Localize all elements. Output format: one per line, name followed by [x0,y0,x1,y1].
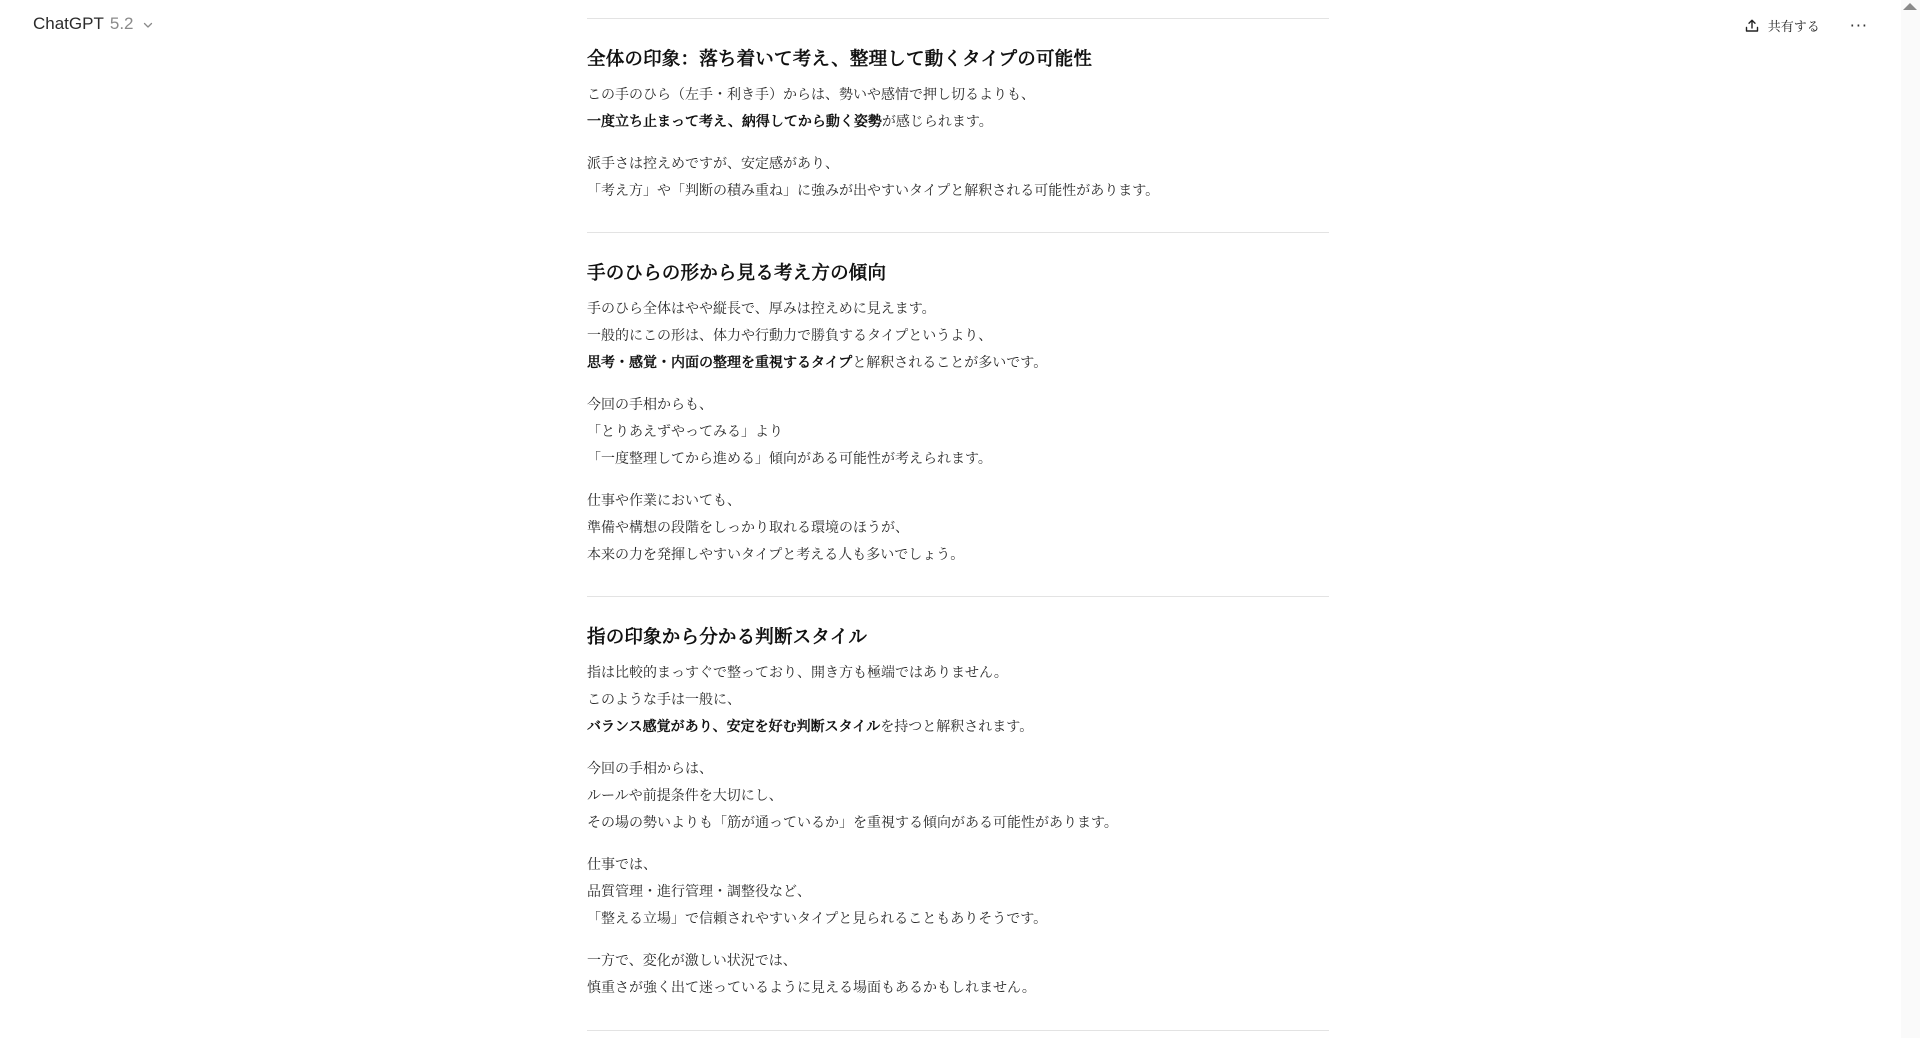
header-actions: 共有する ··· [1738,12,1874,39]
emphasis: 一度立ち止まって考え、納得してから動く姿勢 [587,114,882,130]
paragraph: この手のひら（左手・利き手）からは、勢いや感情で押し切るよりも、 一度立ち止まっ… [587,82,1329,136]
text-line: バランス感覚があり、安定を好む判断スタイルを持つと解釈されます。 [587,714,1329,741]
section-overall-impression: 全体の印象：落ち着いて考え、整理して動くタイプの可能性 この手のひら（左手・利き… [587,47,1329,220]
text-line: このような手は一般に、 [587,687,1329,714]
share-icon [1744,18,1760,34]
model-name: ChatGPT [33,14,104,34]
text-line: 今回の手相からも、 [587,392,1329,419]
text-line: 「整える立場」で信頼されやすいタイプと見られることもありそうです。 [587,906,1329,933]
text-line: 準備や構想の段階をしっかり取れる環境のほうが、 [587,515,1329,542]
paragraph: 派手さは控えめですが、安定感があり、 「考え方」や「判断の積み重ね」に強みが出や… [587,151,1329,205]
text-line: 一度立ち止まって考え、納得してから動く姿勢が感じられます。 [587,109,1329,136]
paragraph: 今回の手相からは、 ルールや前提条件を大切にし、 その場の勢いよりも「筋が通って… [587,756,1329,837]
emphasis: バランス感覚があり、安定を好む判断スタイル [587,719,880,735]
text-line: 仕事や作業においても、 [587,488,1329,515]
more-horizontal-icon: ··· [1850,16,1868,35]
divider [587,1030,1329,1031]
text-line: この手のひら（左手・利き手）からは、勢いや感情で押し切るよりも、 [587,82,1329,109]
paragraph: 今回の手相からも、 「とりあえずやってみる」より 「一度整理してから進める」傾向… [587,392,1329,473]
text-line: 本来の力を発揮しやすいタイプと考える人も多いでしょう。 [587,542,1329,569]
paragraph: 一方で、変化が激しい状況では、 慎重さが強く出て迷っているように見える場面もある… [587,948,1329,1002]
paragraph: 仕事や作業においても、 準備や構想の段階をしっかり取れる環境のほうが、 本来の力… [587,488,1329,569]
section-heading: 全体の印象：落ち着いて考え、整理して動くタイプの可能性 [587,47,1329,73]
text-line: 「とりあえずやってみる」より [587,419,1329,446]
section-heading: 指の印象から分かる判断スタイル [587,625,1329,651]
text-line: その場の勢いよりも「筋が通っているか」を重視する傾向がある可能性があります。 [587,810,1329,837]
text-line: 慎重さが強く出て迷っているように見える場面もあるかもしれません。 [587,975,1329,1002]
section-palm-shape: 手のひらの形から見る考え方の傾向 手のひら全体はやや縦長で、厚みは控えめに見えま… [587,261,1329,584]
more-options-button[interactable]: ··· [1844,16,1874,36]
chatgpt-window: ChatGPT 5.2 共有する ··· 全体の印象：落ち着いて考え、整理して動… [0,0,1920,1038]
paragraph: 仕事では、 品質管理・進行管理・調整役など、 「整える立場」で信頼されやすいタイ… [587,852,1329,933]
section-heading: 手のひらの形から見る考え方の傾向 [587,261,1329,287]
divider [587,596,1329,597]
text-line: 指は比較的まっすぐで整っており、開き方も極端ではありません。 [587,660,1329,687]
text-line: 今回の手相からは、 [587,756,1329,783]
model-version: 5.2 [110,14,134,34]
share-label: 共有する [1768,16,1820,35]
model-switcher[interactable]: ChatGPT 5.2 [33,14,154,34]
text-line: 仕事では、 [587,852,1329,879]
section-finger-impression: 指の印象から分かる判断スタイル 指は比較的まっすぐで整っており、開き方も極端では… [587,625,1329,1017]
paragraph: 手のひら全体はやや縦長で、厚みは控えめに見えます。 一般的にこの形は、体力や行動… [587,296,1329,377]
divider [587,232,1329,233]
text-line: ルールや前提条件を大切にし、 [587,783,1329,810]
scrollbar[interactable] [1901,0,1920,1038]
share-button[interactable]: 共有する [1738,12,1826,39]
emphasis: 思考・感覚・内面の整理を重視するタイプ [587,355,852,371]
paragraph: 指は比較的まっすぐで整っており、開き方も極端ではありません。 このような手は一般… [587,660,1329,741]
text-line: 「考え方」や「判断の積み重ね」に強みが出やすいタイプと解釈される可能性があります… [587,178,1329,205]
text-line: 派手さは控えめですが、安定感があり、 [587,151,1329,178]
text-line: 一方で、変化が激しい状況では、 [587,948,1329,975]
text-line: 一般的にこの形は、体力や行動力で勝負するタイプというより、 [587,323,1329,350]
text-line: 思考・感覚・内面の整理を重視するタイプと解釈されることが多いです。 [587,350,1329,377]
text-line: 品質管理・進行管理・調整役など、 [587,879,1329,906]
scroll-up-arrow-icon[interactable] [1903,3,1917,10]
divider [587,18,1329,19]
chevron-down-icon [142,19,154,31]
text-line: 手のひら全体はやや縦長で、厚みは控えめに見えます。 [587,296,1329,323]
text-line: 「一度整理してから進める」傾向がある可能性が考えられます。 [587,446,1329,473]
